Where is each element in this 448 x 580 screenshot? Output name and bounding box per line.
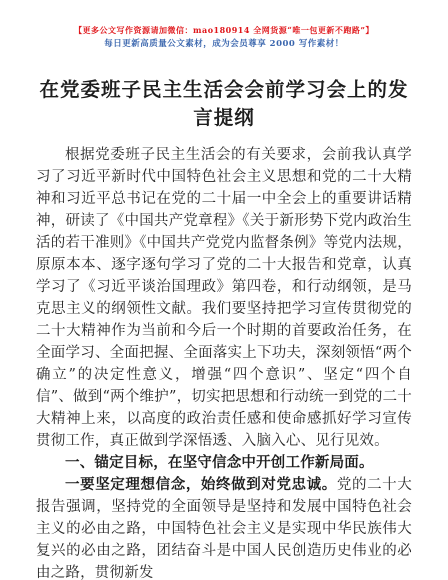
section-heading-1: 一、锚定目标，在坚守信念中开创工作新局面。 bbox=[36, 452, 412, 474]
paragraph-intro: 根据党委班子民主生活会的有关要求，会前我认真学习了习近平新时代中国特色社会主义思… bbox=[36, 144, 412, 452]
page-number: 1 bbox=[0, 544, 448, 556]
document-page: 【更多公文写作资源请加微信：mao180914 全网货源“唯一包更新不跑路”】 … bbox=[0, 0, 448, 580]
paragraph-section1: 一要坚定理想信念，始终做到对党忠诚。党的二十大报告强调，坚持党的全面领导是坚持和… bbox=[36, 474, 412, 580]
promo-banner-line2: 每日更新高质量公文素材，成为会员尊享 2000 写作素材！ bbox=[36, 38, 412, 50]
document-body: 根据党委班子民主生活会的有关要求，会前我认真学习了习近平新时代中国特色社会主义思… bbox=[36, 144, 412, 580]
promo-banner-line1: 【更多公文写作资源请加微信：mao180914 全网货源“唯一包更新不跑路”】 bbox=[36, 24, 412, 36]
document-title: 在党委班子民主生活会会前学习会上的发言提纲 bbox=[36, 76, 412, 132]
paragraph-section1-lead: 一要坚定理想信念，始终做到对党忠诚。 bbox=[65, 476, 337, 493]
promo-banner: 【更多公文写作资源请加微信：mao180914 全网货源“唯一包更新不跑路”】 … bbox=[36, 24, 412, 50]
